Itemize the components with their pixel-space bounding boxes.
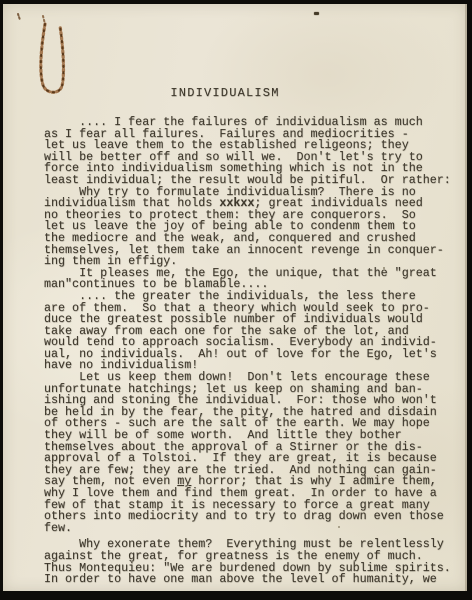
document-scan: INDIVIDUALISM .... I fear the failures o… [0, 0, 472, 600]
paragraph: Let us keep them down! Don't lets encour… [44, 372, 462, 534]
typed-content: INDIVIDUALISM .... I fear the failures o… [44, 86, 462, 586]
paragraph: .... the greater the individuals, the le… [44, 291, 462, 372]
document-title: INDIVIDUALISM [44, 86, 462, 100]
paper-page: INDIVIDUALISM .... I fear the failures o… [3, 4, 467, 591]
ink-speck [314, 12, 319, 15]
document-body: .... I fear the failures of individualis… [44, 117, 462, 586]
paragraph: Why try to formulate individualism? Ther… [44, 187, 462, 268]
paper-edge-shadow [465, 4, 467, 591]
paragraph: It pleases me, the Ego, the unique, that… [44, 268, 462, 291]
paragraph: .... I fear the failures of individualis… [44, 117, 462, 187]
paragraph: Why exonerate them? Everything must be r… [44, 539, 462, 585]
